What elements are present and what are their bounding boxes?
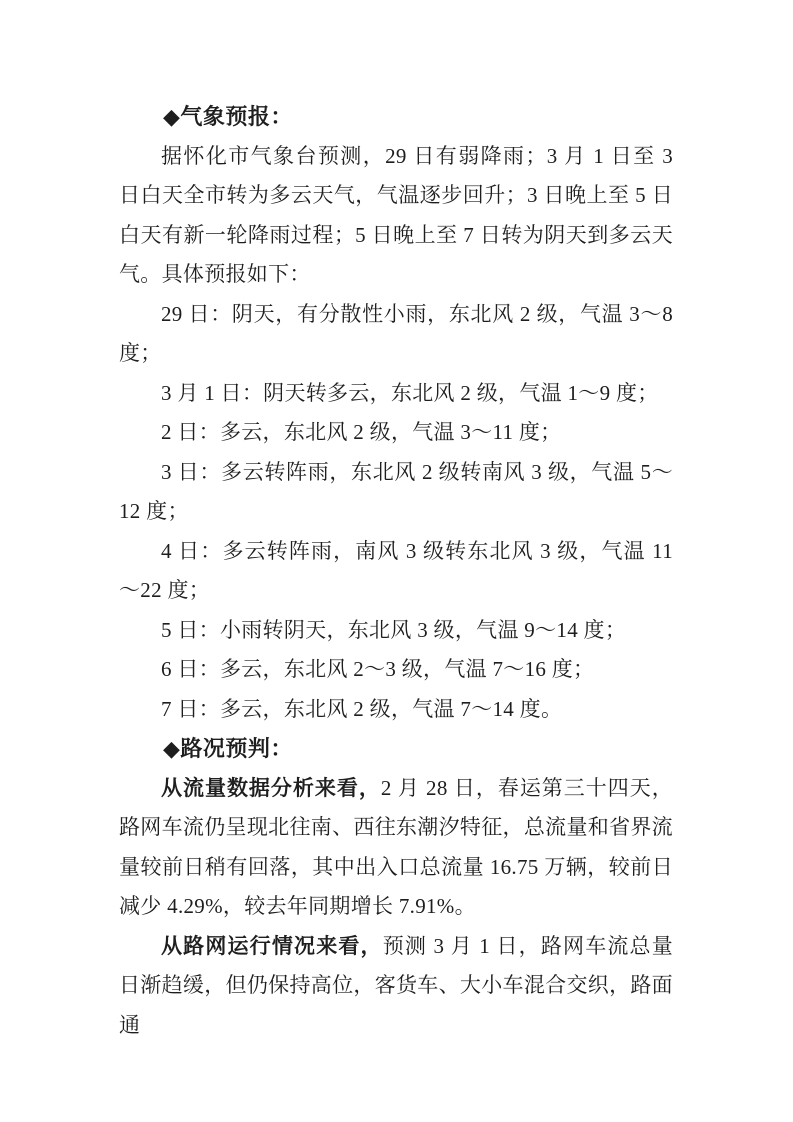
forecast-line-day4: 4 日：多云转阵雨，南风 3 级转东北风 3 级，气温 11～22 度； xyxy=(119,532,673,611)
forecast-line-day5: 5 日：小雨转阴天，东北风 3 级，气温 9～14 度； xyxy=(119,611,673,651)
forecast-line-day3: 3 日：多云转阵雨，东北风 2 级转南风 3 级，气温 5～12 度； xyxy=(119,453,673,532)
network-operation-lead: 从路网运行情况来看， xyxy=(161,935,383,958)
network-operation-paragraph: 从路网运行情况来看，预测 3 月 1 日，路网车流总量日渐趋缓，但仍保持高位，客… xyxy=(119,927,673,1046)
forecast-line-day6: 6 日：多云，东北风 2～3 级，气温 7～16 度； xyxy=(119,650,673,690)
forecast-line-day2: 2 日：多云，东北风 2 级，气温 3～11 度； xyxy=(119,413,673,453)
forecast-line-mar1: 3 月 1 日：阴天转多云，东北风 2 级，气温 1～9 度； xyxy=(119,374,673,414)
weather-forecast-heading: ◆气象预报： xyxy=(119,97,673,137)
document-content: ◆气象预报： 据怀化市气象台预测，29 日有弱降雨；3 月 1 日至 3 日白天… xyxy=(119,97,673,1045)
forecast-line-day29: 29 日：阴天，有分散性小雨，东北风 2 级，气温 3～8 度； xyxy=(119,295,673,374)
road-condition-heading: ◆路况预判： xyxy=(119,729,673,769)
weather-intro-paragraph: 据怀化市气象台预测，29 日有弱降雨；3 月 1 日至 3 日白天全市转为多云天… xyxy=(119,137,673,295)
traffic-flow-paragraph: 从流量数据分析来看，2 月 28 日，春运第三十四天，路网车流仍呈现北往南、西往… xyxy=(119,769,673,927)
forecast-line-day7: 7 日：多云，东北风 2 级，气温 7～14 度。 xyxy=(119,690,673,730)
traffic-flow-lead: 从流量数据分析来看， xyxy=(161,777,381,800)
document-page: ◆气象预报： 据怀化市气象台预测，29 日有弱降雨；3 月 1 日至 3 日白天… xyxy=(0,0,793,1122)
